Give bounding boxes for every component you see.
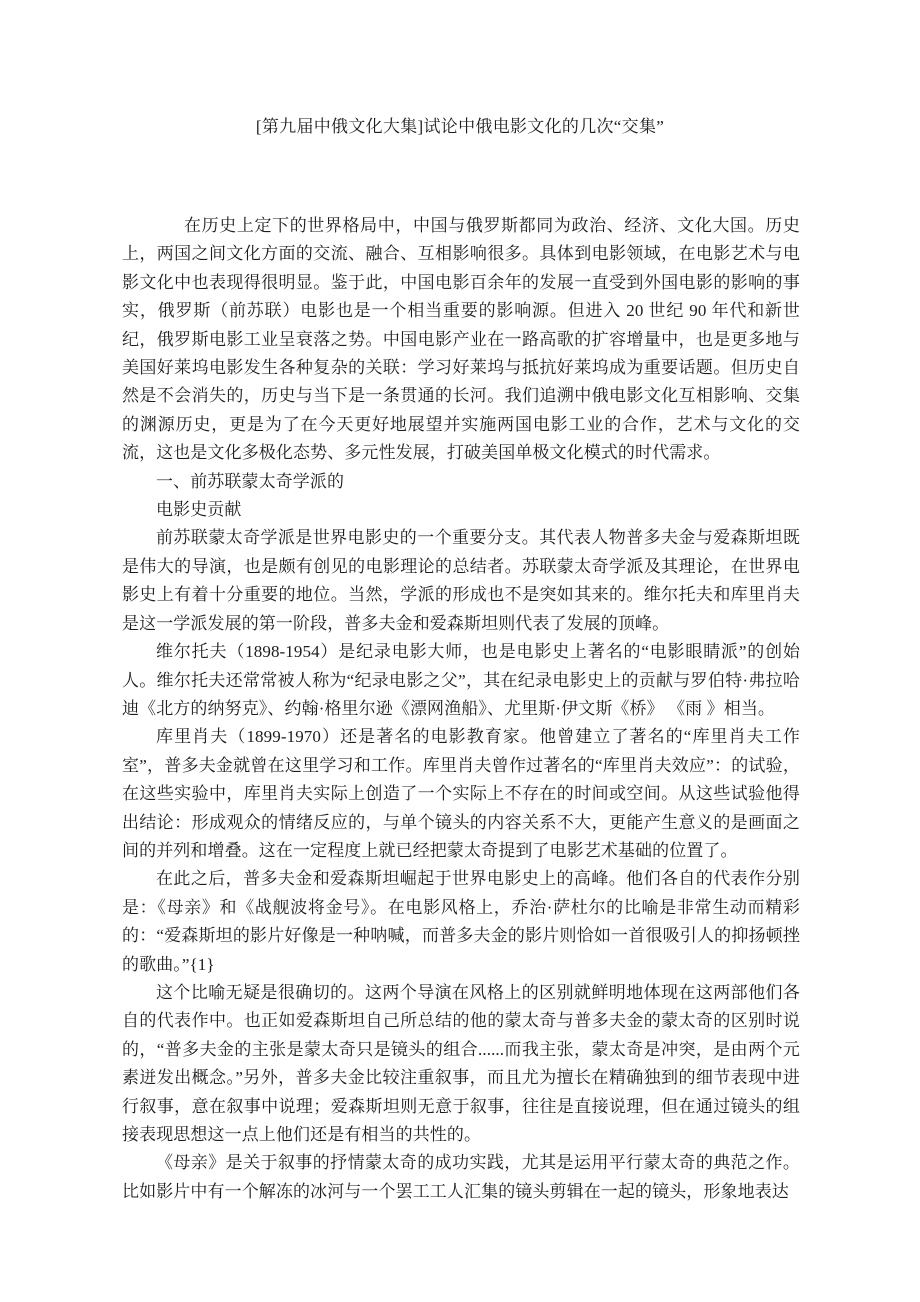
paragraph: 库里肖夫（1899-1970）还是著名的电影教育家。他曾建立了著名的“库里肖夫工… <box>122 723 800 865</box>
paragraph: 这个比喻无疑是很确切的。这两个导演在风格上的区别就鲜明地体现在这两部他们各自的代… <box>122 979 800 1149</box>
paragraph: 在此之后，普多夫金和爱森斯坦崛起于世界电影史上的高峰。他们各自的代表作分别是：《… <box>122 865 800 979</box>
paragraph: 在历史上定下的世界格局中，中国与俄罗斯都同为政治、经济、文化大国。历史上，两国之… <box>122 212 800 468</box>
paragraph: 前苏联蒙太奇学派是世界电影史的一个重要分支。其代表人物普多夫金与爱森斯坦既是伟大… <box>122 524 800 638</box>
section-heading: 电影史贡献 <box>122 496 800 524</box>
paragraph: 维尔托夫（1898-1954）是纪录电影大师，也是电影史上著名的“电影眼睛派”的… <box>122 638 800 723</box>
section-heading: 一、前苏联蒙太奇学派的 <box>122 468 800 496</box>
document-title: [第九届中俄文化大集]试论中俄电影文化的几次“交集” <box>0 0 920 138</box>
document-body: 在历史上定下的世界格局中，中国与俄罗斯都同为政治、经济、文化大国。历史上，两国之… <box>122 212 800 1206</box>
document-page: [第九届中俄文化大集]试论中俄电影文化的几次“交集” 在历史上定下的世界格局中，… <box>0 0 920 1302</box>
paragraph: 《母亲》是关于叙事的抒情蒙太奇的成功实践，尤其是运用平行蒙太奇的典范之作。比如影… <box>122 1149 800 1206</box>
